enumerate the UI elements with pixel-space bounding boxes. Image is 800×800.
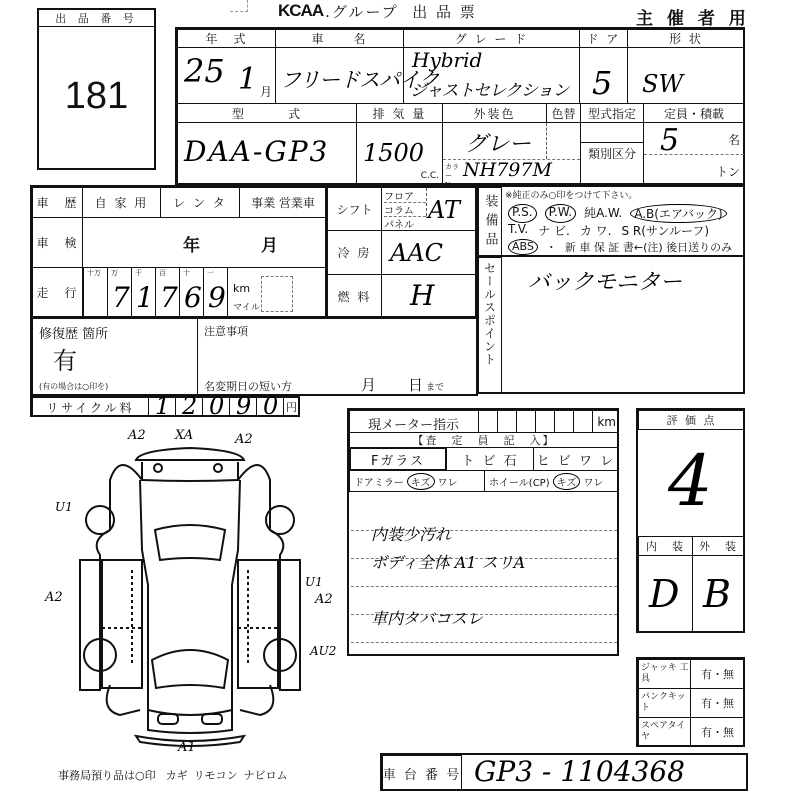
caution-cell: 注意事項 名変期日の短い方 月 日 まで <box>197 318 478 396</box>
displacement-cell: 1500 C.C. <box>356 122 443 185</box>
meter-label: 現メーター指示 <box>368 414 459 433</box>
equipment-line2: T.V.ナ ビ.カ ワ.S R(サンルーフ) <box>508 222 709 239</box>
tool-availability[interactable]: 有・無 <box>690 688 745 718</box>
door-cell: 5 <box>579 47 628 104</box>
mileage-unit-label: 万 <box>111 268 118 278</box>
type-designation-label: 型式指定 <box>580 103 644 123</box>
history-option-private[interactable]: 自 家 用 <box>82 187 161 218</box>
shift-options: フロア コラム パネル AT <box>381 187 477 231</box>
equipment-option[interactable]: P.W. <box>545 204 576 223</box>
vehicle-table: 年 式 車 名 グ レ ー ド ド ア 形 状 25 1 月 フリードスパイク … <box>175 27 745 185</box>
mileage-unit-label: 十万 <box>87 268 101 278</box>
shift-table: シフト フロア コラム パネル AT 冷 房 AAC 燃 料 H <box>325 185 477 318</box>
shift-option-panel[interactable]: パネル <box>384 216 426 230</box>
damage-mark-rear-center: XA <box>175 428 193 443</box>
mileage-digit: 6 <box>184 281 202 314</box>
grade-label: グ レ ー ド <box>403 29 580 48</box>
lot-number-value: 181 <box>39 75 154 118</box>
damage-mark-left-upper: U1 <box>55 500 73 514</box>
document-title: .グループ 出 品 票 <box>325 1 477 22</box>
mileage-unit-label: 一 <box>207 268 214 278</box>
office-item-key[interactable]: カギ <box>166 767 188 783</box>
inspector-note-2: ボディ全体 A1 スリA <box>371 550 525 573</box>
meter-digit-cell <box>535 411 536 432</box>
mileage-note-box <box>261 276 293 312</box>
office-items-label: 事務局預り品は○印 <box>58 767 156 783</box>
meter-digit-cell <box>573 411 574 432</box>
history-option-business[interactable]: 事業 営業車 <box>239 187 327 218</box>
model-label: 型 式 <box>177 103 357 123</box>
body-value: SW <box>642 70 683 98</box>
fuel-cell: H <box>381 274 477 318</box>
mileage-label: 走 行 <box>32 267 83 318</box>
repair-label: 修復歴 箇所 <box>39 323 108 342</box>
capacity-label: 定員・積載 <box>643 103 745 123</box>
shift-value: AT <box>428 196 460 224</box>
equipment-option[interactable]: 新 車 保 証 書←(注) 後日送りのみ <box>565 239 732 255</box>
color-cell: グレー カラー No. NH797M <box>442 122 581 185</box>
door-value: 5 <box>592 64 612 102</box>
windshield-label: Fガラス <box>349 447 447 471</box>
equipment-line3: ABS・新 車 保 証 書←(注) 後日送りのみ <box>508 239 732 255</box>
displacement-label: 排 気 量 <box>356 103 443 123</box>
repair-caution-table: 修復歴 箇所 有 (有の場合は○印を) 注意事項 名変期日の短い方 月 日 まで <box>30 316 478 396</box>
meter-digit-cell <box>592 411 593 432</box>
tool-availability[interactable]: 有・無 <box>690 659 745 689</box>
car-name-label: 車 名 <box>275 29 404 48</box>
tool-availability[interactable]: 有・無 <box>690 717 745 747</box>
recycle-digit-cell: 9 <box>229 397 257 417</box>
type-designation-cell: 類別区分 <box>580 122 644 185</box>
caution-label: 注意事項 <box>204 323 248 339</box>
mileage-digit: 9 <box>208 281 226 314</box>
equipment-option[interactable]: ・ <box>546 239 557 255</box>
body-cell: SW <box>627 47 745 104</box>
model-cell: DAA-GP3 <box>177 122 357 185</box>
inspection-cell: 年 月 <box>82 217 327 268</box>
recycle-digit: 0 <box>263 392 278 420</box>
grade-line1: Hybrid <box>412 48 482 72</box>
score-value: 4 <box>668 440 713 522</box>
inspection-month-label: 月 <box>261 231 278 256</box>
score-label: 評 価 点 <box>638 410 745 430</box>
displacement-unit: C.C. <box>421 171 439 181</box>
lot-number-label: 出 品 番 号 <box>39 10 154 27</box>
mirror-crack-option[interactable]: ワレ <box>438 474 458 489</box>
mileage-digit: 7 <box>112 281 130 314</box>
damage-mark-rear-left: A2 <box>128 428 146 443</box>
office-items: 事務局預り品は○印 カギ リモコン ナビロム <box>58 767 288 783</box>
meter-digit-cell <box>478 411 479 432</box>
capacity-cell: 5 名 トン <box>643 122 745 185</box>
meter-row: 現メーター指示 km <box>349 410 619 433</box>
car-name-cell: フリードスパイク <box>275 47 404 104</box>
meter-unit: km <box>597 415 616 429</box>
recycle-digit-cell: 0 <box>202 397 230 417</box>
wheel-scratch-option[interactable]: キズ <box>553 473 581 490</box>
name-change-until: まで <box>426 380 444 393</box>
wheel-crack-option[interactable]: ワレ <box>583 474 603 489</box>
name-change-month: 月 <box>361 374 376 395</box>
dotted-mark <box>230 0 248 12</box>
recycle-digit-cell: 2 <box>175 397 203 417</box>
ac-cell: AAC <box>381 230 477 275</box>
name-change-day: 日 <box>408 374 423 395</box>
equipment-option[interactable]: カ ワ. <box>580 222 612 239</box>
grade-line2: ジャストセレクション <box>410 76 568 101</box>
recycle-label: リサイクル料 <box>32 397 149 417</box>
meter-digit-cell <box>554 411 555 432</box>
mileage-digit-cell: 万7 <box>107 267 132 318</box>
meter-digit-cell <box>497 411 498 432</box>
mileage-unit-mile[interactable]: マイル <box>233 300 260 313</box>
document-header: KCAA .グループ 出 品 票 <box>278 0 538 22</box>
equipment-line1: P.S.P.W.純A.W.A.B(エアバック) <box>508 204 727 223</box>
equipment-option[interactable]: ABS <box>508 239 538 255</box>
wheel-row: ホイール(CP) キズ ワレ <box>484 470 619 492</box>
year-label: 年 式 <box>177 29 276 48</box>
color-label: 外装色 <box>442 103 547 123</box>
equipment-label-text: 装備品 <box>481 194 500 251</box>
mileage-digit-cell: 十万 <box>83 267 108 318</box>
recycle-digit: 9 <box>236 392 251 420</box>
score-table: 評 価 点 4 内 装 外 装 D B <box>636 408 745 633</box>
exterior-value: B <box>703 572 731 616</box>
equipment-option[interactable]: S R(サンルーフ) <box>621 222 709 239</box>
interior-label: 内 装 <box>638 536 693 556</box>
recycle-fee-table: リサイクル料 12090円 <box>30 395 300 417</box>
year-cell: 25 1 月 <box>177 47 276 104</box>
year-value: 25 <box>184 52 225 90</box>
mileage-unit-label: 百 <box>159 268 166 278</box>
equipment-label: 装備品 <box>478 187 502 257</box>
interior-value: D <box>649 572 679 616</box>
mileage-digit-cell: 千1 <box>131 267 156 318</box>
recycle-digit-cell: 0 <box>256 397 284 417</box>
inspection-year-label: 年 <box>183 231 200 256</box>
fuel-value: H <box>410 279 434 312</box>
door-label: ド ア <box>579 29 628 48</box>
sales-point-table: セールスポイント バックモニター <box>476 255 745 394</box>
mileage-unit-label: 千 <box>135 268 142 278</box>
inspector-table: 現メーター指示 km 【査 定 員 記 入】 Fガラス ト ビ 石 ヒ ビ ワ … <box>347 408 619 656</box>
tool-label: ジャッキ 工具 <box>638 659 691 689</box>
damage-mark-front: A1 <box>178 740 196 755</box>
organizer-label: 主 催 者 用 <box>636 4 776 26</box>
crack-option[interactable]: ヒ ビ ワ レ <box>533 447 619 471</box>
month-value: 1 <box>238 62 257 97</box>
tool-label: スペアタイヤ <box>638 717 691 747</box>
shift-label: シフト <box>327 187 382 231</box>
body-label: 形 状 <box>627 29 745 48</box>
inspector-header: 【査 定 員 記 入】 <box>349 432 619 448</box>
history-label: 車 歴 <box>32 187 83 218</box>
color-value: グレー <box>465 127 531 158</box>
capacity-value: 5 <box>660 123 679 158</box>
mileage-digit-cell: 一9 <box>203 267 228 318</box>
sales-point-label: セールスポイント <box>482 258 499 393</box>
inspector-note-1: 内装少汚れ <box>371 522 451 545</box>
wheel-label: ホイール(CP) <box>489 474 550 489</box>
grade-cell: Hybrid ジャストセレクション <box>403 47 580 104</box>
equipment-table: 装備品 ※純正のみ○印をつけて下さい。 P.S.P.W.純A.W.A.B(エアバ… <box>476 185 745 257</box>
model-value: DAA-GP3 <box>184 135 329 168</box>
lot-number-box: 出 品 番 号 181 <box>37 8 156 170</box>
history-table: 車 歴 自 家 用 レ ン タ 事業 営業車 車 検 年 月 走 行 十万万7千… <box>30 185 327 318</box>
chassis-number-value: GP3 - 1104368 <box>474 755 685 788</box>
mileage-digit: 7 <box>160 281 178 314</box>
capacity-unit: 名 <box>728 131 740 148</box>
mirror-row: ドアミラー キズ ワレ <box>349 470 485 492</box>
office-item-navi-rom[interactable]: ナビロム <box>244 767 288 783</box>
equipment-note: ※純正のみ○印をつけて下さい。 <box>505 188 637 201</box>
equipment-option[interactable]: 純A.W. <box>584 204 622 223</box>
stone-chip-option[interactable]: ト ビ 石 <box>446 447 534 471</box>
mileage-digit: 1 <box>136 281 154 314</box>
displacement-value: 1500 <box>363 139 424 167</box>
tool-label: パンクキット <box>638 688 691 718</box>
sales-point-value: バックモニター <box>528 265 682 296</box>
shift-option-floor[interactable]: フロア <box>384 188 426 203</box>
mileage-cell: 十万万7千1百7十6一9kmマイル <box>82 267 327 318</box>
history-option-rental[interactable]: レ ン タ <box>160 187 240 218</box>
exterior-label: 外 装 <box>692 536 745 556</box>
meter-digit-cell <box>516 411 517 432</box>
inspection-label: 車 検 <box>32 217 83 268</box>
damage-mark-left-door: A2 <box>45 590 63 605</box>
equipment-option[interactable]: T.V. <box>508 222 528 239</box>
sales-point-label-cell: セールスポイント <box>478 257 502 394</box>
month-label: 月 <box>260 83 272 100</box>
recycle-digit: 0 <box>209 392 224 420</box>
office-item-remote[interactable]: リモコン <box>194 767 238 783</box>
damage-mark-right-front: AU2 <box>310 644 336 658</box>
ac-value: AAC <box>390 239 443 267</box>
chassis-number-label: 車 台 番 号 <box>382 755 462 791</box>
color-no-value: NH797M <box>463 159 552 181</box>
mirror-scratch-option[interactable]: キズ <box>407 473 435 490</box>
damage-mark-rear-right: A2 <box>235 432 253 447</box>
fuel-label: 燃 料 <box>327 274 382 318</box>
mileage-unit-km[interactable]: km <box>233 282 250 295</box>
ac-label: 冷 房 <box>327 230 382 275</box>
chassis-number-table: 車 台 番 号 GP3 - 1104368 <box>380 753 748 791</box>
equipment-option[interactable]: A.B(エアバック) <box>630 204 726 223</box>
interior-cell: D <box>638 555 693 633</box>
recycle-digit-cell: 1 <box>148 397 176 417</box>
brand-logo: KCAA <box>278 1 323 21</box>
category-label: 類別区分 <box>581 142 643 163</box>
recycle-digit: 1 <box>155 392 170 420</box>
repair-note: (有の場合は○印を) <box>39 381 108 392</box>
damage-mark-right-door: A2 <box>315 592 333 607</box>
exterior-cell: B <box>692 555 745 633</box>
repair-value[interactable]: 有 <box>53 341 77 376</box>
damage-mark-right-upper: U1 <box>305 575 323 589</box>
car-diagram <box>40 420 340 750</box>
repair-cell: 修復歴 箇所 有 (有の場合は○印を) <box>32 318 198 396</box>
mileage-digit-cell: 十6 <box>179 267 204 318</box>
color-change-label: 色替 <box>546 103 581 123</box>
load-unit: トン <box>716 163 740 180</box>
recycle-digit: 2 <box>182 392 197 420</box>
inspector-note-3: 車内タバコスレ <box>371 606 483 629</box>
tools-table: ジャッキ 工具有・無パンクキット有・無スペアタイヤ有・無 <box>636 657 745 747</box>
mileage-digit-cell: 百7 <box>155 267 180 318</box>
mileage-unit-label: 十 <box>183 268 190 278</box>
recycle-unit: 円 <box>283 397 300 417</box>
shift-option-column[interactable]: コラム <box>384 202 426 217</box>
equipment-option[interactable]: ナ ビ. <box>538 222 570 239</box>
equipment-option[interactable]: P.S. <box>508 204 537 223</box>
door-mirror-label: ドアミラー <box>354 474 404 489</box>
